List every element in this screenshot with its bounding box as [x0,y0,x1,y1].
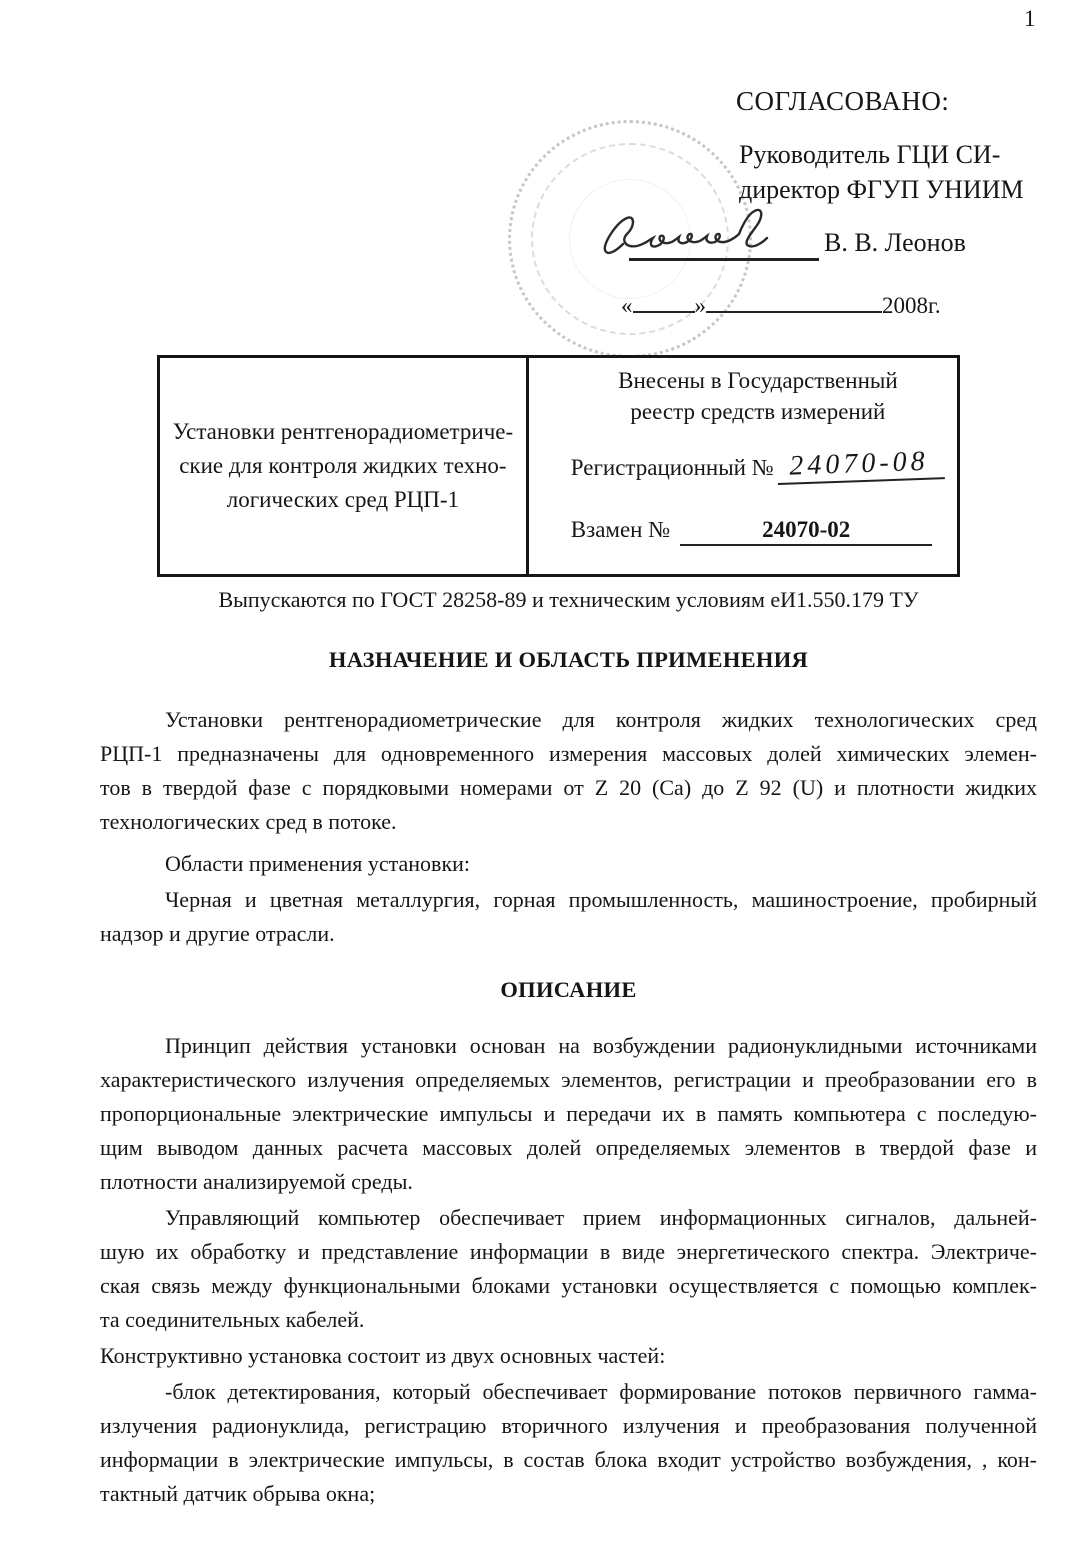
instrument-name-line: ские для контроля жидких техно- [168,449,518,483]
paragraph: Управляющий компьютер обеспечивает прием… [100,1201,1037,1337]
paragraph-line: та соединительных кабелей. [100,1303,1037,1337]
date-open-quote: « [621,293,633,318]
paragraph: Области применения установки: [100,847,1037,881]
instrument-name-line: логических сред РЦП-1 [168,483,518,517]
registry-header-line: реестр средств измерений [571,396,945,427]
agreed-label: СОГЛАСОВАНО: [736,86,949,117]
registry-table: Установки рентгенорадиометриче- ские для… [157,355,960,577]
instrument-name-line: Установки рентгенорадиометриче- [168,415,518,449]
paragraph-line: Конструктивно установка состоит из двух … [100,1339,1037,1373]
signer-name: В. В. Леонов [824,228,966,258]
registry-info-cell: Внесены в Государственный реестр средств… [529,358,957,574]
registration-number-row: Регистрационный №24070-08 [571,451,945,485]
approver-role-line1: Руководитель ГЦИ СИ- [739,140,1000,170]
paragraph-line: характеристического излучения определяем… [100,1063,1037,1097]
paragraph-line: излучения радионуклида, регистрацию втор… [100,1409,1037,1443]
date-line: «»2008г. [621,291,941,319]
paragraph-line: Черная и цветная металлургия, горная про… [100,883,1037,917]
date-close-quote: » [695,293,707,318]
paragraph: Черная и цветная металлургия, горная про… [100,883,1037,951]
replaces-number-row: Взамен №24070-02 [571,517,945,546]
paragraph-line: технологических сред в потоке. [100,805,1037,839]
paragraph-line: Установки рентгенорадиометрические для к… [100,703,1037,737]
paragraph-line: -блок детектирования, который обеспечива… [100,1375,1037,1409]
replaces-number: 24070-02 [680,517,932,546]
paragraph-line: информации в электрические импульсы, в с… [100,1443,1037,1477]
section-heading-description: ОПИСАНИЕ [100,973,1037,1007]
document-body: Выпускаются по ГОСТ 28258-89 и техническ… [100,583,1037,1511]
paragraph: Принцип действия установки основан на во… [100,1029,1037,1199]
paragraph-line: Принцип действия установки основан на во… [100,1029,1037,1063]
paragraph-line: надзор и другие отрасли. [100,917,1037,951]
paragraph-line: Управляющий компьютер обеспечивает прием… [100,1201,1037,1235]
date-year: 2008г. [882,293,941,318]
section-heading-purpose: НАЗНАЧЕНИЕ И ОБЛАСТЬ ПРИМЕНЕНИЯ [100,643,1037,677]
document-page: 1 СОГЛАСОВАНО: Руководитель ГЦИ СИ- дире… [0,0,1086,1560]
registry-header-line: Внесены в Государственный [571,365,945,396]
paragraph: Установки рентгенорадиометрические для к… [100,703,1037,839]
paragraph: Конструктивно установка состоит из двух … [100,1339,1037,1373]
paragraph-line: РЦП-1 предназначены для одновременного и… [100,737,1037,771]
signature-line [629,258,819,261]
paragraph-line: плотности анализируемой среды. [100,1165,1037,1199]
date-day-blank-line [633,291,695,313]
instrument-name-cell: Установки рентгенорадиометриче- ские для… [160,358,529,574]
paragraph-line: пропорциональные электрические импульсы … [100,1097,1037,1131]
page-number: 1 [1024,6,1036,32]
replaces-label: Взамен № [571,517,670,542]
paragraph: -блок детектирования, который обеспечива… [100,1375,1037,1511]
handwritten-signature [585,196,835,266]
released-per-gost-line: Выпускаются по ГОСТ 28258-89 и техническ… [100,583,1037,617]
paragraph-line: тактный датчик обрыва окна; [100,1477,1037,1511]
registration-number-handwritten: 24070-08 [776,445,944,485]
paragraph-line: ская связь между функциональными блоками… [100,1269,1037,1303]
paragraph-line: шую их обработку и представление информа… [100,1235,1037,1269]
paragraph-line: Области применения установки: [100,847,1037,881]
date-month-blank-line [706,291,882,313]
paragraph-line: тов в твердой фазе с порядковыми номерам… [100,771,1037,805]
paragraph-line: щим выводом данных расчета массовых доле… [100,1131,1037,1165]
registration-label: Регистрационный № [571,455,774,480]
